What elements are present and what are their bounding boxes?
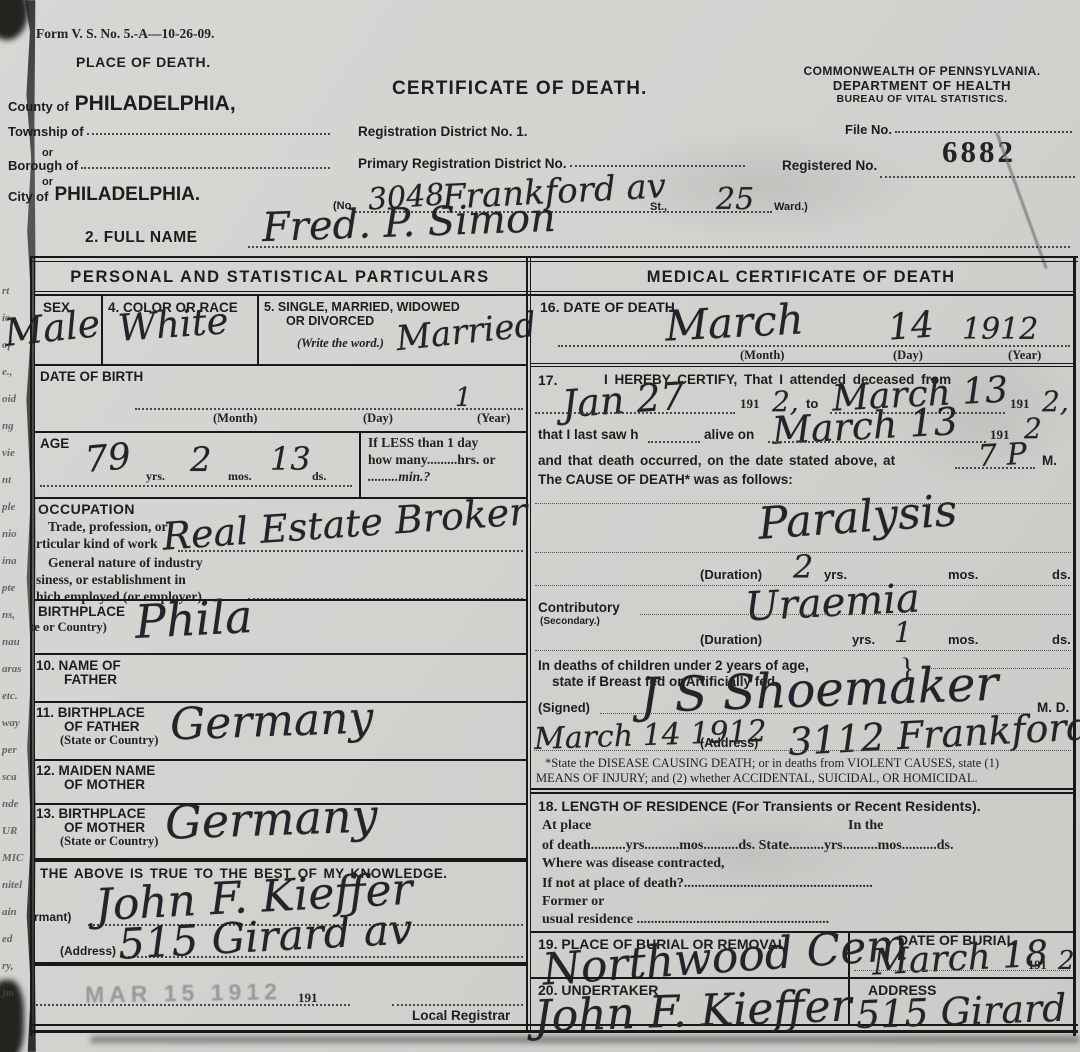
- residence-usual: usual residence ........................…: [542, 912, 829, 928]
- table-line: [34, 599, 526, 601]
- table-line: [526, 256, 528, 1030]
- occupation-line1: Trade, profession, or: [48, 519, 168, 535]
- table-line: [359, 432, 361, 498]
- certify-number: 17.: [538, 372, 557, 388]
- dotted-line: [648, 441, 700, 443]
- agency-block: COMMONWEALTH OF PENNSYLVANIA. DEPARTMENT…: [772, 64, 1072, 105]
- stamp-year-print: 191: [298, 990, 318, 1006]
- date-of-death-month-value: March: [664, 294, 805, 350]
- father-name-label-1: 10. NAME OF: [36, 658, 121, 673]
- age-mos-caption: mos.: [228, 469, 252, 484]
- to-year-handwritten: 2,: [1042, 385, 1069, 418]
- dob-day-caption: (Day): [363, 411, 393, 426]
- father-birthplace-hint: (State or Country): [60, 733, 158, 748]
- dotted-line: [40, 485, 352, 487]
- signed-label: (Signed): [538, 700, 590, 715]
- age-months-value: 2: [190, 440, 212, 480]
- mother-birthplace-label-1: 13. BIRTHPLACE: [36, 806, 146, 821]
- table-line: [30, 256, 1078, 258]
- dob-year-caption: (Year): [477, 411, 510, 426]
- file-no-label: File No.: [845, 122, 892, 137]
- date-of-death-label: 16. DATE OF DEATH: [540, 299, 675, 315]
- informant-label: rmant): [34, 910, 71, 924]
- table-line: [30, 256, 32, 1036]
- table-line: [531, 792, 1073, 794]
- full-name-label: 2. FULL NAME: [85, 229, 198, 247]
- margin-fragment: ain: [2, 906, 17, 918]
- age-label: AGE: [40, 436, 69, 451]
- residence-at-place: At place: [542, 818, 591, 834]
- father-birthplace-label-2: OF FATHER: [64, 719, 140, 734]
- margin-fragment: ry,: [2, 960, 14, 972]
- personal-section-title: PERSONAL AND STATISTICAL PARTICULARS: [34, 268, 526, 287]
- occupation-value: Real Estate Broker: [161, 489, 529, 558]
- margin-fragment: nde: [2, 798, 19, 810]
- residence-duration-line: of death..........yrs..........mos......…: [542, 838, 953, 854]
- occupation-label: OCCUPATION: [38, 501, 135, 517]
- city-label: City of: [8, 189, 48, 206]
- medical-section-title: MEDICAL CERTIFICATE OF DEATH: [531, 268, 1071, 287]
- township-label: Township of: [8, 124, 84, 139]
- margin-fragment: ng: [2, 420, 14, 432]
- city-value: PHILADELPHIA.: [54, 184, 200, 206]
- table-line: [531, 363, 1073, 364]
- dotted-line: [248, 246, 1070, 248]
- table-line: [34, 294, 1073, 296]
- form-number: Form V. S. No. 5.-A—10-26-09.: [36, 26, 214, 42]
- margin-fragment: oid: [2, 393, 16, 405]
- margin-fragment: UR: [2, 825, 17, 837]
- table-line: [30, 261, 1078, 262]
- table-line: [531, 977, 1073, 979]
- contrib-duration-label: (Duration): [700, 632, 762, 647]
- marital-label-2: OR DIVORCED: [286, 314, 374, 328]
- age-years-value: 79: [83, 436, 132, 481]
- age-less-line1: If LESS than 1 day: [368, 435, 478, 451]
- mother-name-label-2: OF MOTHER: [64, 777, 145, 792]
- dotted-line: [880, 176, 1075, 178]
- registered-no-label: Registered No.: [782, 158, 877, 173]
- mother-birthplace-hint: (State or Country): [60, 834, 158, 849]
- table-line: [34, 291, 1073, 292]
- agency-commonwealth: COMMONWEALTH OF PENNSYLVANIA.: [772, 64, 1072, 78]
- primary-registration-label: Primary Registration District No.: [358, 156, 567, 171]
- margin-fragment: ns,: [2, 609, 15, 621]
- primary-registration-row: Primary Registration District No.: [358, 156, 748, 171]
- date-of-birth-label: DATE OF BIRTH: [40, 369, 143, 384]
- date-of-death-year-value: 1912: [962, 312, 1038, 347]
- printed-191-b: 191: [1010, 396, 1030, 412]
- father-name-label-2: FATHER: [64, 672, 117, 687]
- agency-bureau: BUREAU OF VITAL STATISTICS.: [772, 93, 1072, 105]
- contributory-label: Contributory: [538, 600, 620, 615]
- dotted-line: [854, 970, 1070, 971]
- residence-in-the: In the: [848, 818, 883, 834]
- margin-fragment: aras: [2, 663, 22, 675]
- secondary-label: (Secondary.): [540, 616, 600, 627]
- margin-fragment: ina: [2, 555, 17, 567]
- marital-hint: (Write the word.): [297, 336, 384, 351]
- dotted-line: [534, 750, 1071, 751]
- date-of-death-day-value: 14: [887, 304, 936, 348]
- birthplace-hint: te or Country): [30, 620, 107, 635]
- margin-fragment: MIC: [2, 852, 23, 864]
- pen-slash-mark: [995, 132, 1047, 269]
- dotted-line: [87, 133, 330, 135]
- table-line: [34, 364, 526, 366]
- sex-value: Male: [2, 301, 102, 355]
- dotted-line: [558, 345, 1070, 347]
- occupation-line4: siness, or establishment in: [36, 572, 186, 588]
- birthplace-value: Phila: [134, 589, 254, 649]
- meridiem-label: M.: [1042, 453, 1057, 468]
- margin-fragment: nio: [2, 528, 17, 540]
- informant-address-label: (Address): [60, 944, 116, 958]
- occupation-line2: rticular kind of work: [36, 536, 158, 552]
- margin-fragment: )m: [2, 987, 14, 999]
- cause-ds-caption: ds.: [1052, 567, 1071, 582]
- borough-label: Borough of: [8, 158, 78, 173]
- age-yrs-caption: yrs.: [146, 469, 165, 484]
- undertaker-address-value: 515 Girard ave: [855, 983, 1080, 1037]
- dotted-line: [392, 1004, 523, 1006]
- printed-191-a: 191: [740, 396, 760, 412]
- certify-line2b: alive on: [704, 427, 754, 442]
- contrib-duration-months-value: 1: [894, 616, 912, 649]
- table-line: [34, 962, 526, 966]
- dotted-line: [535, 412, 735, 414]
- borough-row: Borough of: [8, 158, 333, 173]
- table-line: [34, 858, 526, 862]
- mother-birthplace-label-2: OF MOTHER: [64, 820, 145, 835]
- table-line: [530, 256, 531, 1030]
- margin-fragment: ple: [2, 501, 15, 513]
- dotted-line: [640, 614, 1071, 615]
- signed-address-label: (Address): [700, 736, 758, 750]
- age-less-line3: .........min.?: [368, 469, 430, 485]
- dod-year-caption: (Year): [1008, 348, 1041, 363]
- county-label: County of: [8, 99, 69, 116]
- corner-shadow: [0, 0, 28, 40]
- last-saw-value: March 13: [771, 399, 959, 453]
- dotted-line: [895, 131, 1072, 133]
- footnote-line1: *State the DISEASE CAUSING DEATH; or in …: [545, 756, 999, 771]
- township-row: Township of: [8, 124, 333, 139]
- certificate-title: CERTIFICATE OF DEATH.: [392, 78, 648, 100]
- death-certificate-scan: rtioofe.,oidngvientplenioinaptens,nauara…: [0, 0, 1080, 1052]
- father-birthplace-label-1: 11. BIRTHPLACE: [36, 705, 145, 720]
- dotted-line: [81, 167, 330, 169]
- certify-line3: and that death occurred, on the date sta…: [538, 453, 895, 468]
- margin-fragment: etc.: [2, 690, 18, 702]
- dotted-line: [768, 441, 986, 443]
- certify-line4: The CAUSE OF DEATH* was as follows:: [538, 472, 793, 487]
- table-line: [531, 788, 1073, 790]
- table-line: [34, 431, 526, 433]
- table-line: [34, 759, 526, 761]
- color-race-value: White: [117, 299, 230, 350]
- margin-fragment: per: [2, 744, 17, 756]
- footnote-line2: MEANS OF INJURY; and (2) whether ACCIDEN…: [536, 771, 978, 786]
- registration-district: Registration District No. 1.: [358, 124, 528, 139]
- place-of-death-heading: PLACE OF DEATH.: [76, 54, 211, 70]
- dod-month-caption: (Month): [740, 348, 784, 363]
- birthplace-label: BIRTHPLACE: [38, 604, 125, 619]
- undertaker-value: John F. Kieffer: [533, 980, 852, 1042]
- table-line: [257, 296, 259, 364]
- burial-year-handwritten: 2: [1058, 946, 1075, 976]
- table-line: [1073, 256, 1076, 1036]
- contrib-yrs-caption: yrs.: [852, 632, 875, 647]
- margin-fragment: nt: [2, 474, 11, 486]
- local-registrar-label: Local Registrar: [412, 1008, 510, 1023]
- marital-label-1: 5. SINGLE, MARRIED, WIDOWED: [264, 300, 460, 314]
- mother-name-label-1: 12. MAIDEN NAME: [36, 763, 155, 778]
- margin-fragment: nitel: [2, 879, 22, 891]
- attended-from-value: Jan 27: [561, 374, 687, 426]
- dotted-line: [535, 650, 1071, 651]
- margin-fragment: sca: [2, 771, 17, 783]
- county-value: PHILADELPHIA,: [75, 92, 236, 116]
- table-line: [101, 296, 103, 364]
- contrib-mos-caption: mos.: [948, 632, 978, 647]
- county-row: County of PHILADELPHIA,: [8, 92, 236, 116]
- mother-birthplace-value: Germany: [164, 788, 378, 849]
- table-line: [531, 366, 1073, 367]
- age-days-value: 13: [270, 440, 311, 478]
- margin-fragment: vie: [2, 447, 15, 459]
- agency-department: DEPARTMENT OF HEALTH: [772, 78, 1072, 93]
- death-hour-value: 7 P: [977, 437, 1028, 475]
- certify-line2a: that I last saw h: [538, 427, 639, 442]
- father-birthplace-value: Germany: [169, 692, 374, 750]
- table-line: [34, 653, 526, 655]
- cause-mos-caption: mos.: [948, 567, 978, 582]
- dob-month-caption: (Month): [213, 411, 257, 426]
- margin-fragment: rt: [2, 285, 9, 297]
- cause-duration-label: (Duration): [700, 567, 762, 582]
- margin-fragment: way: [2, 717, 20, 729]
- ward-label: Ward.): [774, 201, 808, 213]
- age-less-line2: how many.........hrs. or: [368, 452, 496, 468]
- residence-former: Former or: [542, 894, 604, 910]
- saw-year-handwritten: 2: [1024, 412, 1042, 445]
- age-ds-caption: ds.: [312, 469, 326, 484]
- margin-fragment: ed: [2, 933, 12, 945]
- margin-fragment: e.,: [2, 366, 12, 378]
- city-row: City of PHILADELPHIA.: [8, 184, 200, 206]
- margin-fragment: nau: [2, 636, 20, 648]
- residence-contracted: Where was disease contracted,: [542, 856, 725, 872]
- cause-of-death-value: Paralysis: [756, 485, 958, 550]
- contrib-ds-caption: ds.: [1052, 632, 1071, 647]
- dod-day-caption: (Day): [893, 348, 923, 363]
- margin-fragment: pte: [2, 582, 15, 594]
- dob-value: 1: [455, 383, 472, 413]
- full-name-value: Fred. P. Simon: [261, 195, 556, 251]
- residence-if-not: If not at place of death?...............…: [542, 876, 873, 892]
- residence-title: 18. LENGTH OF RESIDENCE (For Transients …: [538, 798, 981, 814]
